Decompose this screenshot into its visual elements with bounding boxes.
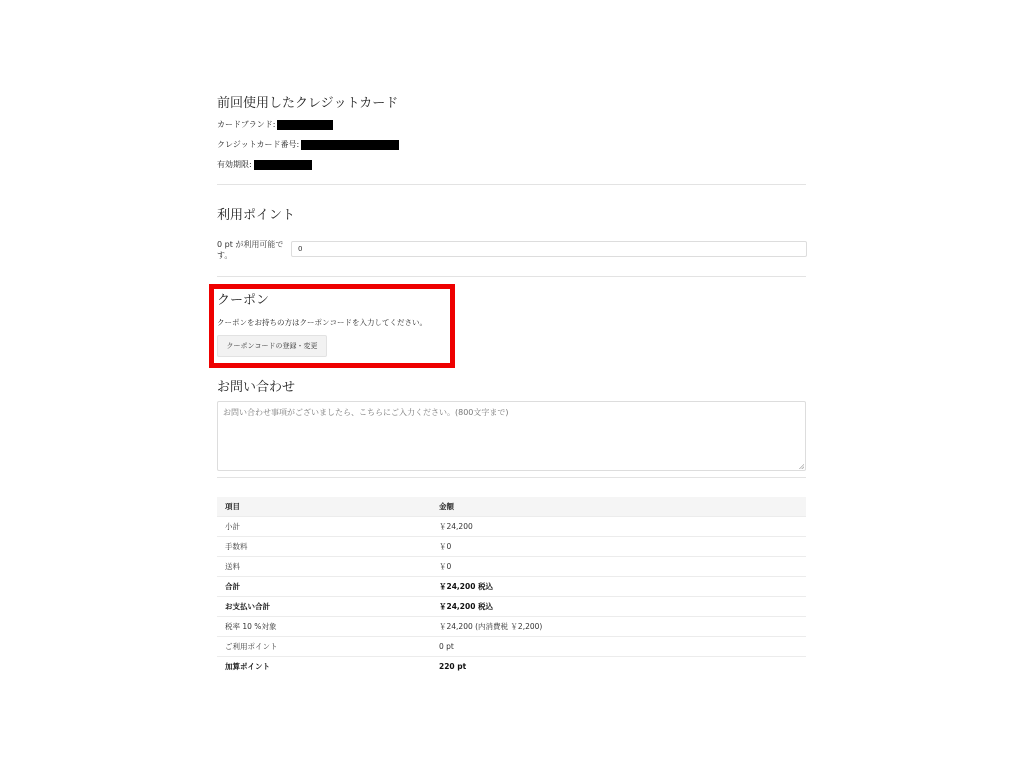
row-amount: ￥0	[431, 557, 806, 577]
row-amount: ￥24,200 税込	[431, 577, 806, 597]
redacted-card-number	[301, 140, 399, 150]
divider	[217, 477, 806, 478]
coupon-register-button[interactable]: クーポンコードの登録・変更	[217, 335, 327, 357]
row-item: 送料	[217, 557, 431, 577]
card-brand-label: カードブランド:	[217, 119, 275, 130]
card-expiry-label: 有効期限:	[217, 159, 252, 170]
row-item: ご利用ポイント	[217, 637, 431, 657]
divider	[217, 184, 806, 185]
inquiry-heading: お問い合わせ	[217, 376, 295, 395]
table-header-row: 項目 金額	[217, 497, 806, 517]
header-item: 項目	[217, 497, 431, 517]
order-summary-table: 項目 金額 小計￥24,200手数料￥0送料￥0合計￥24,200 税込お支払い…	[217, 497, 806, 676]
redacted-card-brand	[277, 120, 333, 130]
card-number-label: クレジットカード番号:	[217, 139, 299, 150]
row-item: 合計	[217, 577, 431, 597]
inquiry-placeholder: お問い合わせ事項がございましたら、こちらにご入力ください。(800文字まで)	[223, 407, 509, 418]
coupon-description: クーポンをお持ちの方はクーポンコードを入力してください。	[217, 317, 427, 328]
row-amount: 220 pt	[431, 657, 806, 677]
table-row: 加算ポイント220 pt	[217, 657, 806, 677]
row-amount: ￥24,200 (内消費税 ￥2,200)	[431, 617, 806, 637]
row-amount: ￥24,200	[431, 517, 806, 537]
resize-grip-icon[interactable]	[799, 464, 804, 469]
row-amount: 0 pt	[431, 637, 806, 657]
points-available-label: 0 pt が利用可能です。	[217, 239, 287, 261]
row-item: 小計	[217, 517, 431, 537]
coupon-heading: クーポン	[217, 289, 269, 308]
card-expiry-row: 有効期限:	[217, 159, 312, 170]
row-item: 加算ポイント	[217, 657, 431, 677]
header-amount: 金額	[431, 497, 806, 517]
table-row: 小計￥24,200	[217, 517, 806, 537]
redacted-card-expiry	[254, 160, 312, 170]
row-item: 税率 10 %対象	[217, 617, 431, 637]
points-input[interactable]	[291, 241, 807, 257]
row-item: お支払い合計	[217, 597, 431, 617]
table-row: 合計￥24,200 税込	[217, 577, 806, 597]
card-brand-row: カードブランド:	[217, 119, 333, 130]
row-item: 手数料	[217, 537, 431, 557]
card-number-row: クレジットカード番号:	[217, 139, 399, 150]
row-amount: ￥0	[431, 537, 806, 557]
table-row: 送料￥0	[217, 557, 806, 577]
previous-card-heading: 前回使用したクレジットカード	[217, 92, 398, 111]
inquiry-textarea[interactable]: お問い合わせ事項がございましたら、こちらにご入力ください。(800文字まで)	[217, 401, 806, 471]
table-row: 手数料￥0	[217, 537, 806, 557]
table-row: ご利用ポイント0 pt	[217, 637, 806, 657]
table-row: お支払い合計￥24,200 税込	[217, 597, 806, 617]
coupon-register-button-label: クーポンコードの登録・変更	[227, 341, 318, 351]
points-heading: 利用ポイント	[217, 204, 295, 223]
table-row: 税率 10 %対象￥24,200 (内消費税 ￥2,200)	[217, 617, 806, 637]
row-amount: ￥24,200 税込	[431, 597, 806, 617]
divider	[217, 276, 806, 277]
